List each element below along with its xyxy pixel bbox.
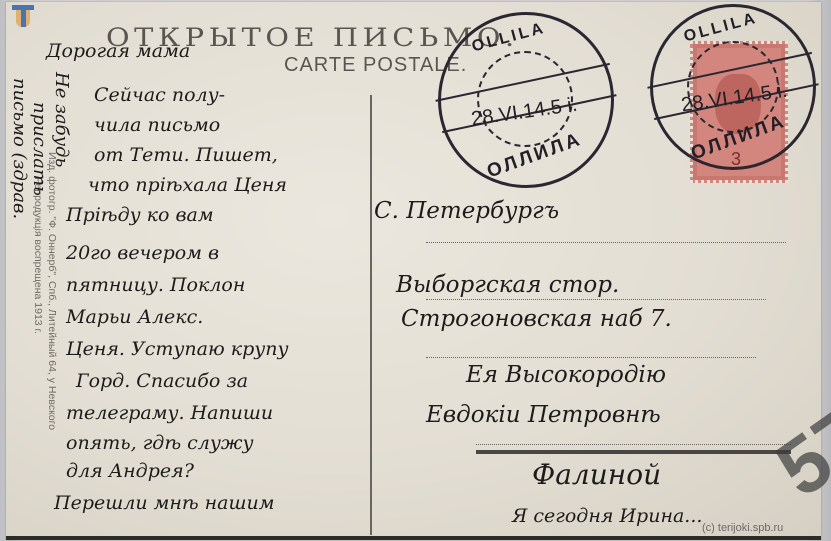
postcard: ОТКРЫТОЕ ПИСЬМО. CARTE POSTALE. Изд. фот… (6, 2, 821, 540)
postmark-town-latin: OLLILA (682, 10, 760, 47)
address-dotted-line (476, 444, 791, 445)
address-line-3: Строгоновская наб 7. (401, 306, 672, 332)
message-line: телеграму. Напиши (66, 402, 273, 424)
printer-copyright: Репродукція воспрещена 1913 г. (32, 177, 44, 334)
message-line: опять, гдѣ служу (66, 432, 254, 454)
message-line: Сейчас полу- (94, 84, 225, 106)
postmark-town-latin: OLLILA (470, 20, 548, 57)
address-dotted-line (426, 357, 756, 358)
message-line: Пріѣду ко вам (66, 204, 214, 226)
message-side-line: Не забудь (51, 72, 72, 167)
message-line: Ценя. Уступаю крупу (66, 338, 289, 360)
address-dotted-line (426, 299, 766, 300)
address-line-4: Ея Высокородію (466, 362, 666, 388)
address-line-5: Евдокіи Петровнѣ (426, 402, 661, 428)
message-line: для Андрея? (66, 460, 194, 482)
message-line: Горд. Спасибо за (76, 370, 248, 392)
message-line: чила письмо (94, 114, 220, 136)
message-line: пятницу. Поклон (66, 274, 245, 296)
address-dotted-line (426, 242, 786, 243)
copyright-watermark: (c) terijoki.spb.ru (702, 522, 783, 534)
message-salutation: Дорогая мама (46, 40, 190, 62)
message-side-line: прислать (29, 102, 50, 196)
address-city: С. Петербургъ (374, 198, 559, 224)
postmark-right: 28.VI.14.5 i. ОЛЛИЛА OLLILA (650, 4, 816, 170)
postcard-header-fr: CARTE POSTALE. (284, 54, 467, 77)
message-line: от Тети. Пишет, (94, 144, 278, 166)
address-surname: Фалиной (532, 458, 661, 491)
message-line: что пріѣхала Ценя (88, 174, 287, 196)
address-solid-line (476, 450, 791, 454)
center-divider-line (370, 95, 372, 535)
message-side-line: письмо (здрав. (9, 78, 30, 219)
message-line: Марьи Алекс. (66, 306, 203, 328)
postmark-left: 28.VI.14.5 i. ОЛЛИЛА OLLILA (438, 12, 614, 188)
address-line-2: Выборгская стор. (396, 272, 619, 298)
message-line: 20го вечером в (66, 242, 219, 264)
message-line: Перешли мнѣ нашим (54, 492, 275, 514)
site-logo-icon (8, 3, 34, 31)
address-footer-note: Я сегодня Ирина... (512, 505, 702, 527)
